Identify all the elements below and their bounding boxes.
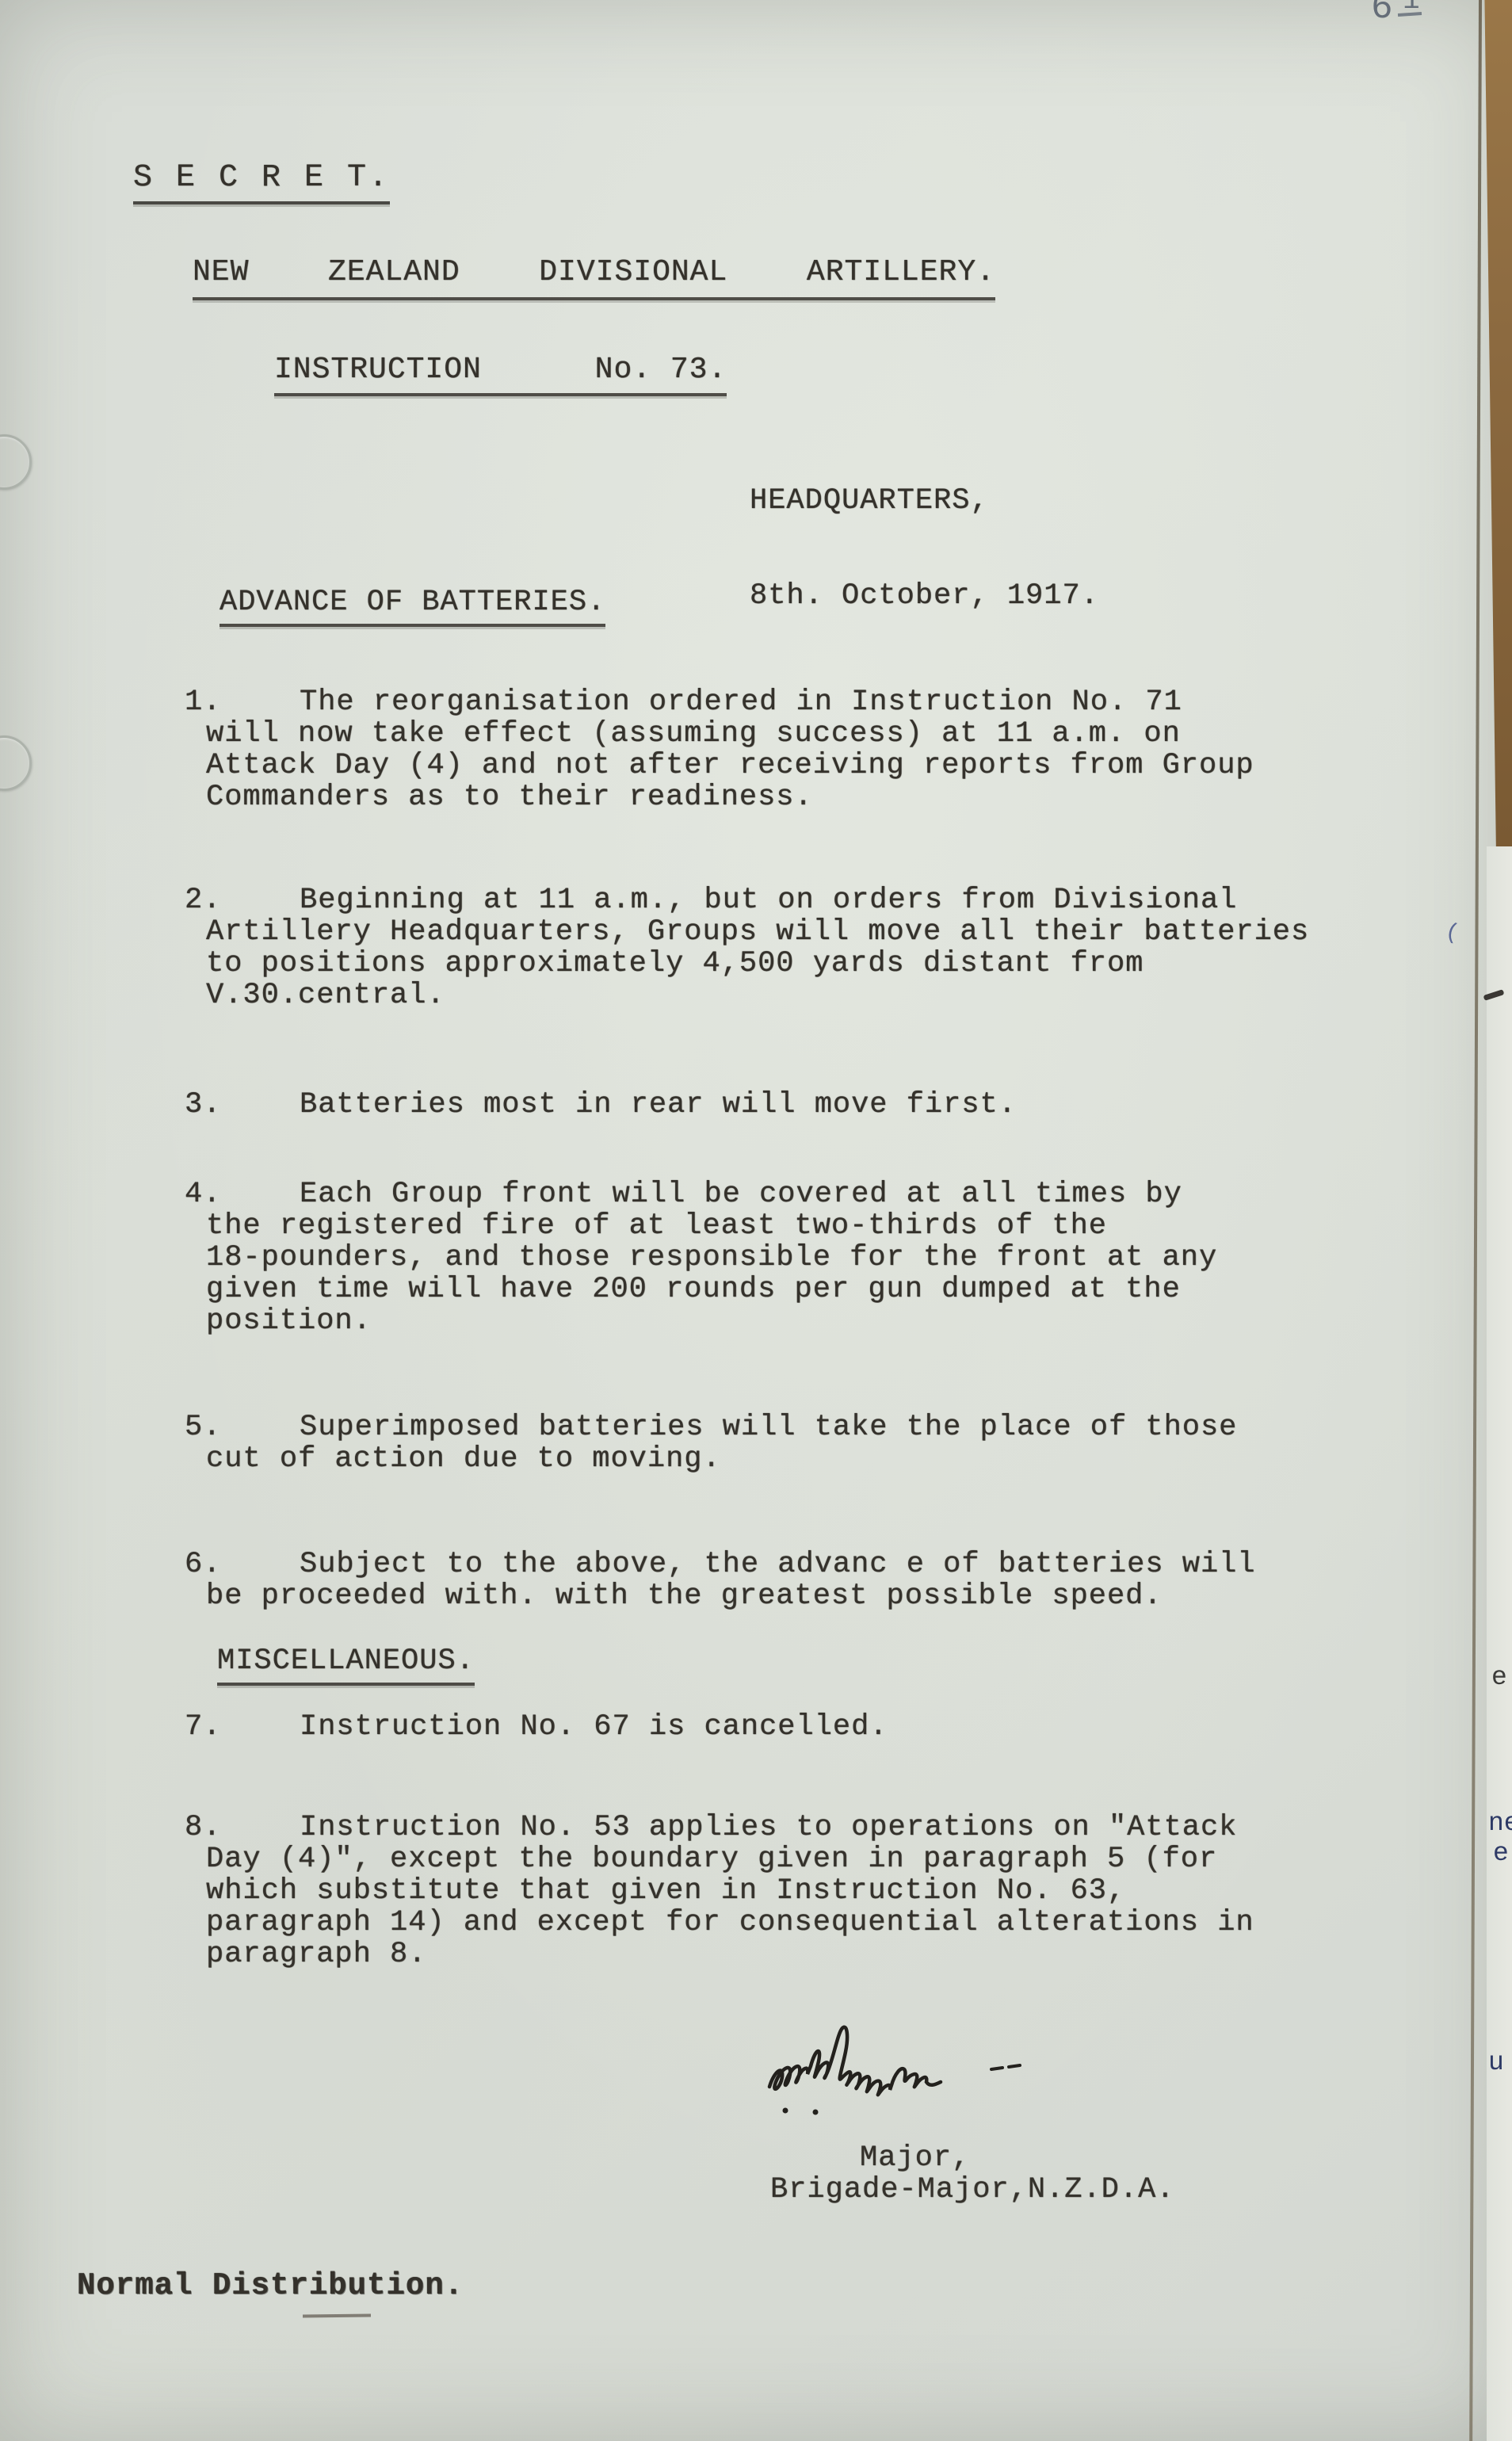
paragraph: 4.Each Group front will be covered at al… xyxy=(206,1178,1217,1337)
distribution-partial-underline xyxy=(303,2314,371,2318)
edge-text-fragment: e xyxy=(1493,1839,1509,1868)
paragraph-number: 1. xyxy=(185,686,221,718)
section-heading-miscellaneous: MISCELLANEOUS. xyxy=(217,1645,475,1686)
edge-text-fragment: u xyxy=(1488,2048,1504,2077)
paragraph: 5.Superimposed batteries will take the p… xyxy=(206,1412,1237,1475)
paragraph-text: Instruction No. 53 applies to operations… xyxy=(206,1812,1254,1970)
edge-text-fragment: ne xyxy=(1488,1809,1512,1838)
paragraph-text: Batteries most in rear will move first. xyxy=(206,1089,1017,1121)
classification-heading: S E C R E T. xyxy=(133,160,390,204)
paragraph-number: 6. xyxy=(185,1549,221,1580)
paper-edge xyxy=(1469,0,1482,2441)
scanned-document-page: 6 1 S E C R E T. NEW ZEALAND DIVISIONAL … xyxy=(0,0,1512,2441)
headquarters-block: HEADQUARTERS, 8th. October, 1917. xyxy=(750,422,1099,675)
document-title: NEW ZEALAND DIVISIONAL ARTILLERY. xyxy=(193,255,995,300)
binder-hole-mark xyxy=(0,434,32,490)
paragraph-text: Each Group front will be covered at all … xyxy=(206,1178,1217,1337)
paragraph-number: 4. xyxy=(185,1178,221,1210)
paragraph: 6.Subject to the above, the advanc e of … xyxy=(206,1549,1256,1612)
corner-pencil-annotation: 6 xyxy=(1371,0,1393,29)
paragraph-number: 3. xyxy=(185,1089,221,1121)
paragraph: 1.The reorganisation ordered in Instruct… xyxy=(206,686,1254,813)
paragraph-number: 7. xyxy=(185,1711,221,1743)
paragraph-number: 2. xyxy=(185,884,221,916)
instruction-heading: INSTRUCTION No. 73. xyxy=(274,353,727,396)
paragraph-text: Superimposed batteries will take the pla… xyxy=(206,1412,1237,1475)
paragraph-text: The reorganisation ordered in Instructio… xyxy=(206,686,1254,813)
binder-hole-mark xyxy=(0,735,32,791)
signature-scrawl xyxy=(765,2017,1026,2120)
blue-ink-mark: ( xyxy=(1443,920,1461,947)
section-heading-advance: ADVANCE OF BATTERIES. xyxy=(220,586,605,627)
date-line: 8th. October, 1917. xyxy=(750,580,1099,612)
paragraph-text: Instruction No. 67 is cancelled. xyxy=(206,1711,888,1743)
paragraph: 2.Beginning at 11 a.m., but on orders fr… xyxy=(206,884,1309,1011)
paragraph: 8.Instruction No. 53 applies to operatio… xyxy=(206,1812,1254,1970)
paragraph-number: 5. xyxy=(185,1412,221,1443)
edge-text-fragment: e xyxy=(1491,1663,1507,1692)
headquarters-line: HEADQUARTERS, xyxy=(750,485,1099,517)
paragraph: 3.Batteries most in rear will move first… xyxy=(206,1089,1017,1121)
paragraph-text: Subject to the above, the advanc e of ba… xyxy=(206,1549,1256,1612)
signature-role: Brigade-Major,N.Z.D.A. xyxy=(770,2173,1174,2206)
underlying-page-edge xyxy=(1487,846,1512,2441)
paragraph-text: Beginning at 11 a.m., but on orders from… xyxy=(206,884,1309,1011)
signature-rank: Major, xyxy=(860,2141,970,2175)
paragraph-number: 8. xyxy=(185,1812,221,1843)
distribution-note: Normal Distribution. xyxy=(77,2268,464,2303)
paragraph: 7.Instruction No. 67 is cancelled. xyxy=(206,1711,888,1743)
